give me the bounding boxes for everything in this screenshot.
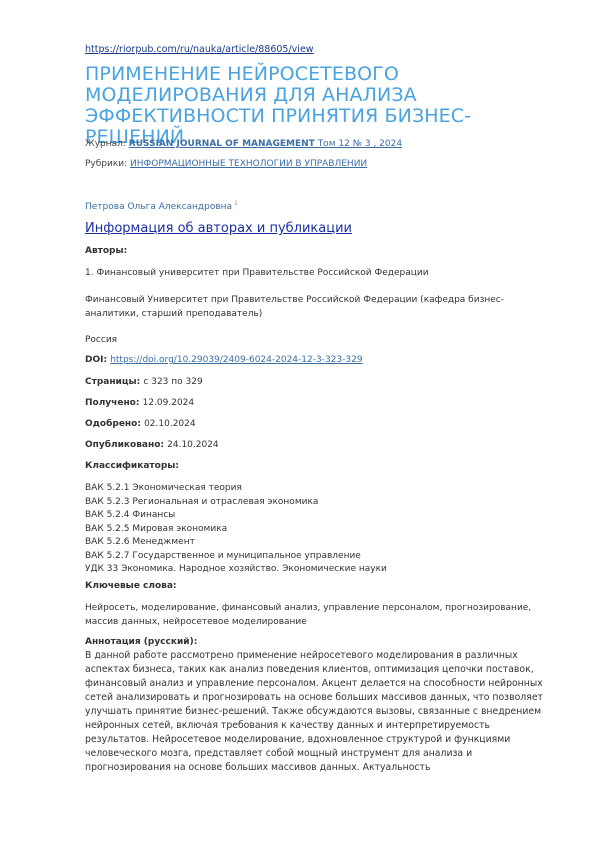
authors-label: Авторы: <box>85 245 555 259</box>
published-label: Опубликовано: <box>85 440 167 450</box>
journal-link[interactable]: RUSSIAN JOURNAL OF MANAGEMENT Том 12 № 3… <box>129 139 402 149</box>
keywords-value: Нейросеть, моделирование, финансовый ана… <box>85 602 555 629</box>
published-value: 24.10.2024 <box>167 440 219 450</box>
classifier-item: ВАК 5.2.5 Мировая экономика <box>85 523 555 537</box>
received-value: 12.09.2024 <box>143 398 195 408</box>
pages-value: с 323 по 329 <box>143 377 202 387</box>
affiliation-ref: 1 <box>234 200 238 207</box>
classifier-item: ВАК 5.2.4 Финансы <box>85 509 555 523</box>
received-line: Получено: 12.09.2024 <box>85 397 555 411</box>
classifier-item: ВАК 5.2.6 Менеджмент <box>85 536 555 550</box>
doi-link[interactable]: https://doi.org/10.29039/2409-6024-2024-… <box>110 355 362 365</box>
author-position: Финансовый Университет при Правительстве… <box>85 294 555 321</box>
classifier-item: ВАК 5.2.1 Экономическая теория <box>85 482 555 496</box>
article-title: ПРИМЕНЕНИЕ НЕЙРОСЕТЕВОГО МОДЕЛИРОВАНИЯ Д… <box>85 64 555 148</box>
keywords-heading: Ключевые слова: <box>85 580 555 594</box>
abstract-heading: Аннотация (русский): <box>85 636 555 650</box>
pages-line: Страницы: с 323 по 329 <box>85 376 555 390</box>
pages-label: Страницы: <box>85 377 143 387</box>
affiliation-item: 1. Финансовый университет при Правительс… <box>85 267 555 281</box>
doi-line: DOI: https://doi.org/10.29039/2409-6024-… <box>85 354 555 368</box>
classifiers-heading: Классификаторы: <box>85 460 555 474</box>
rubrics-line: Рубрики: ИНФОРМАЦИОННЫЕ ТЕХНОЛОГИИ В УПР… <box>85 159 367 169</box>
author-line: Петрова Ольга Александровна1 <box>85 200 238 212</box>
published-line: Опубликовано: 24.10.2024 <box>85 439 555 453</box>
author-info-link[interactable]: Информация об авторах и публикации <box>85 221 352 236</box>
classifiers-list: ВАК 5.2.1 Экономическая теория ВАК 5.2.3… <box>85 482 555 577</box>
doi-label: DOI: <box>85 355 110 365</box>
approved-value: 02.10.2024 <box>144 419 196 429</box>
received-label: Получено: <box>85 398 143 408</box>
journal-label: Журнал: <box>85 139 129 149</box>
approved-line: Одобрено: 02.10.2024 <box>85 418 555 432</box>
journal-name: RUSSIAN JOURNAL OF MANAGEMENT <box>129 139 315 149</box>
classifier-item: УДК 33 Экономика. Народное хозяйство. Эк… <box>85 563 555 577</box>
classifiers-label: Классификаторы: <box>85 461 179 471</box>
journal-issue: Том 12 № 3 , 2024 <box>315 139 402 149</box>
abstract-text: В данной работе рассмотрено применение н… <box>85 649 555 775</box>
authors-heading: Авторы: <box>85 246 127 256</box>
author-country: Россия <box>85 334 555 348</box>
classifier-item: ВАК 5.2.3 Региональная и отраслевая экон… <box>85 496 555 510</box>
approved-label: Одобрено: <box>85 419 144 429</box>
author-name[interactable]: Петрова Ольга Александровна <box>85 202 232 212</box>
keywords-label: Ключевые слова: <box>85 581 177 591</box>
source-url-link[interactable]: https://riorpub.com/ru/nauka/article/886… <box>85 44 314 55</box>
rubrics-label: Рубрики: <box>85 159 130 169</box>
rubric-link[interactable]: ИНФОРМАЦИОННЫЕ ТЕХНОЛОГИИ В УПРАВЛЕНИИ <box>130 159 367 169</box>
abstract-label: Аннотация (русский): <box>85 637 197 647</box>
classifier-item: ВАК 5.2.7 Государственное и муниципально… <box>85 550 555 564</box>
journal-line: Журнал: RUSSIAN JOURNAL OF MANAGEMENT То… <box>85 139 402 149</box>
